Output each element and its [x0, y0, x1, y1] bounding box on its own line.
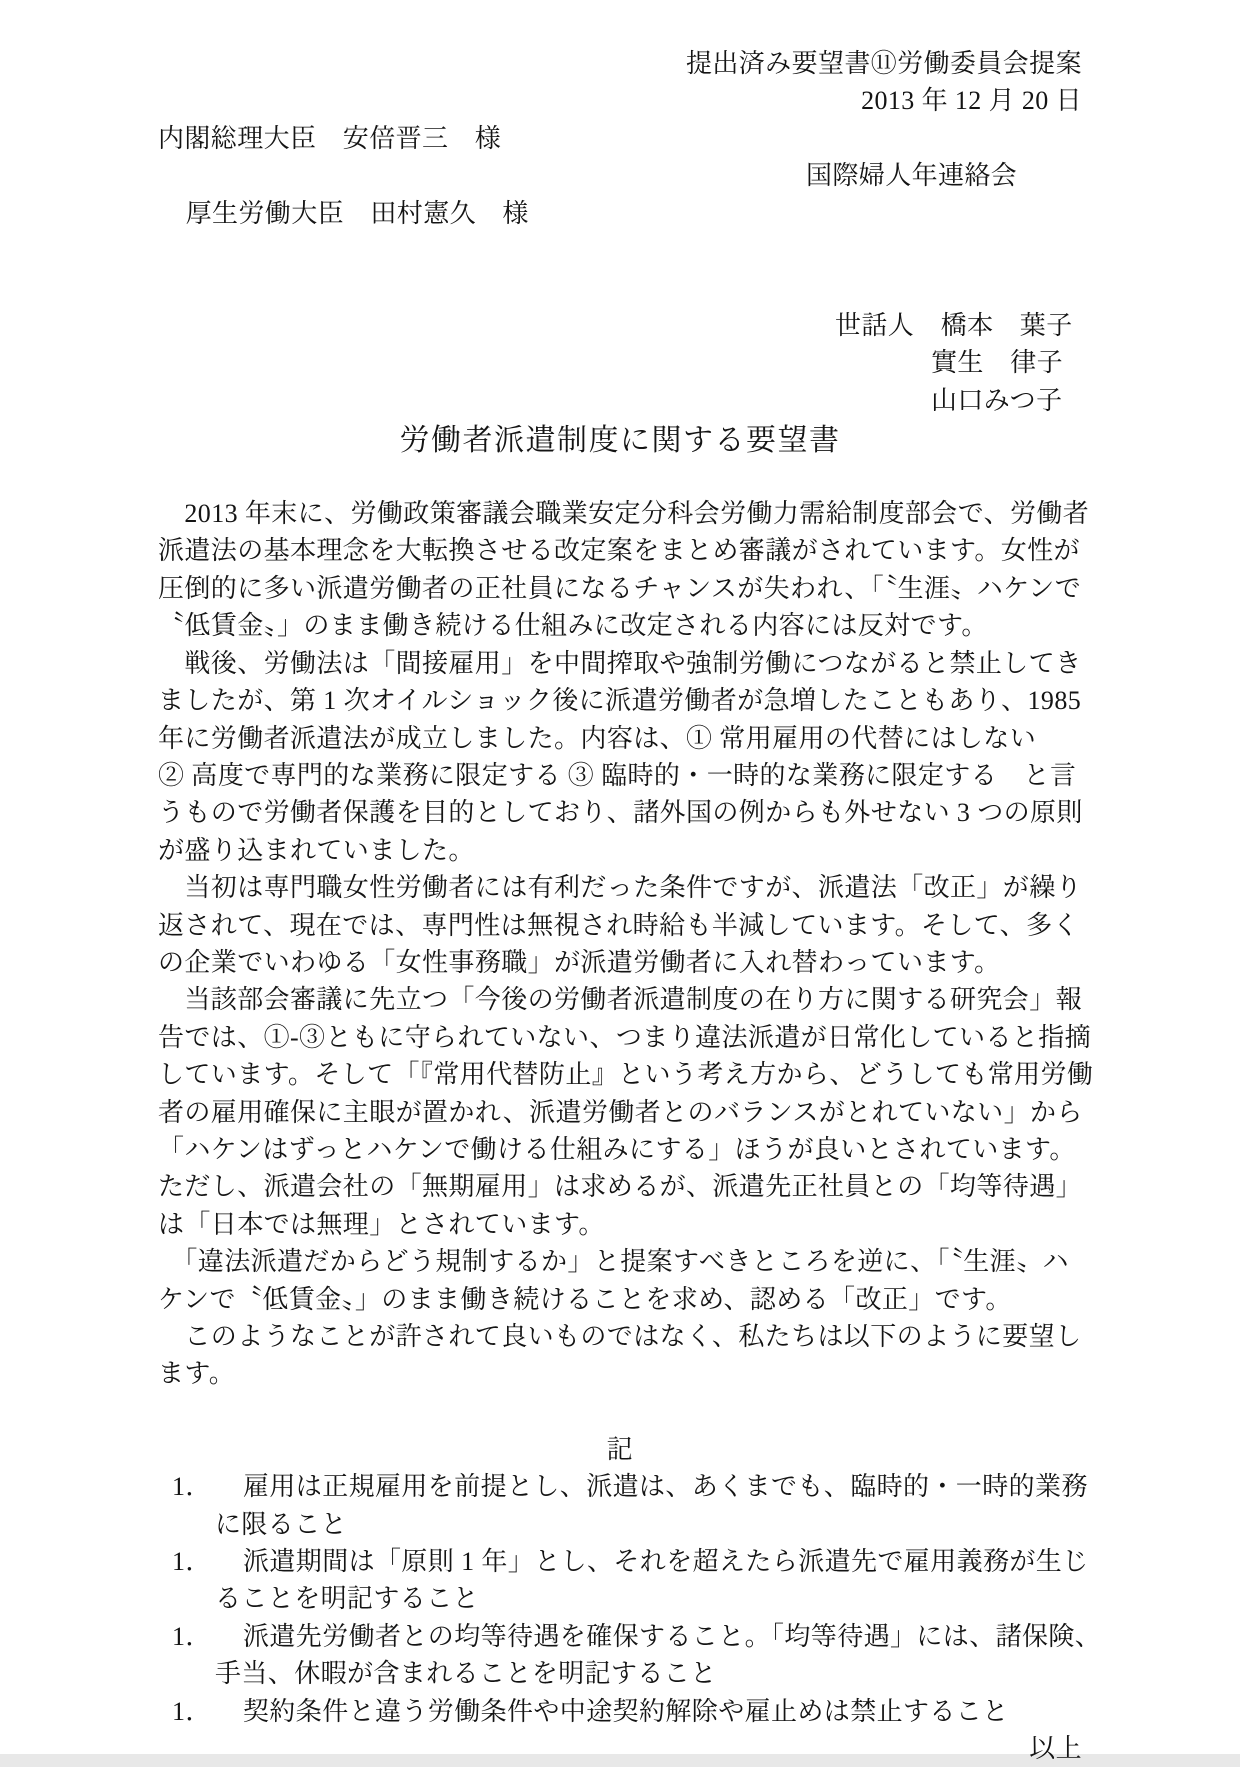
body-line: ケンで〝低賃金〟」のまま働き続けることを求め、認める「改正」です。	[158, 1281, 1082, 1318]
sender-name-3: 山口みつ子	[931, 382, 1082, 419]
body-line: ましたが、第 1 次オイルショック後に派遣労働者が急増したこともあり、1985	[158, 682, 1082, 719]
body-line: 者の雇用確保に主眼が置かれ、派遣労働者とのバランスがとれていない」から	[158, 1094, 1082, 1131]
closing-ijou: 以上	[158, 1730, 1082, 1767]
body-line: 「違法派遣だからどう規制するか」と提案すべきところを逆に、「〝生涯〟ハ	[158, 1243, 1082, 1280]
body-line: 〝低賃金〟」のまま働き続ける仕組みに改定される内容には反対です。	[158, 607, 1082, 644]
list-item: 1． 契約条件と違う労働条件や中途契約解除や雇止めは禁止すること	[158, 1693, 1082, 1730]
body-line: の企業でいわゆる「女性事務職」が派遣労働者に入れ替わっています。	[158, 944, 1082, 981]
body-line: は「日本では無理」とされています。	[158, 1206, 1082, 1243]
body-line: うもので労働者保護を目的としており、諸外国の例からも外せない 3 つの原則	[158, 794, 1082, 831]
addressee-health-labour-minister: 厚生労働大臣 田村憲久 様	[186, 199, 529, 228]
item-number: 1．	[158, 1618, 243, 1655]
request-list: 1． 雇用は正規雇用を前提とし、派遣は、あくまでも、臨時的・一時的業務 に限るこ…	[158, 1468, 1082, 1730]
body-line: 当初は専門職女性労働者には有利だった条件ですが、派遣法「改正」が繰り	[158, 869, 1082, 906]
body-line: 当該部会審議に先立つ「今後の労働者派遣制度の在り方に関する研究会」報	[158, 981, 1082, 1018]
list-item: 1． 雇用は正規雇用を前提とし、派遣は、あくまでも、臨時的・一時的業務 に限るこ…	[158, 1468, 1082, 1543]
header-note: 提出済み要望書⑪労働委員会提案	[158, 45, 1082, 82]
addressee-sender-row: 厚生労働大臣 田村憲久 様 国際婦人年連絡会	[158, 157, 1082, 307]
item-text-continued: ることを明記すること	[158, 1580, 1082, 1617]
body-line: 圧倒的に多い派遣労働者の正社員になるチャンスが失われ、「〝生涯〟ハケンで	[158, 570, 1082, 607]
body-line: このようなことが許されて良いものではなく、私たちは以下のように要望し	[158, 1318, 1082, 1355]
item-text: 雇用は正規雇用を前提とし、派遣は、あくまでも、臨時的・一時的業務	[243, 1468, 1088, 1505]
body-line: ただし、派遣会社の「無期雇用」は求めるが、派遣先正社員との「均等待遇」	[158, 1168, 1082, 1205]
item-text: 派遣期間は「原則 1 年」とし、それを超えたら派遣先で雇用義務が生じ	[243, 1543, 1089, 1580]
body-line: しています。そして「『常用代替防止』という考え方から、どうしても常用労働	[158, 1056, 1082, 1093]
ki-marker: 記	[158, 1431, 1082, 1468]
body-line: 告では、①-③ともに守られていない、つまり違法派遣が日常化していると指摘	[158, 1019, 1082, 1056]
body-line: 派遣法の基本理念を大転換させる改定案をまとめ審議がされています。女性が	[158, 532, 1082, 569]
document-title: 労働者派遣制度に関する要望書	[158, 419, 1082, 463]
document-page: 提出済み要望書⑪労働委員会提案 2013 年 12 月 20 日 内閣総理大臣 …	[0, 0, 1240, 1754]
list-item: 1． 派遣期間は「原則 1 年」とし、それを超えたら派遣先で雇用義務が生じ るこ…	[158, 1543, 1082, 1618]
document-body: 2013 年末に、労働政策審議会職業安定分科会労働力需給制度部会で、労働者 派遣…	[158, 495, 1082, 1393]
addressee-prime-minister: 内閣総理大臣 安倍晋三 様	[158, 120, 1082, 157]
date: 2013 年 12 月 20 日	[158, 82, 1082, 119]
body-line: 2013 年末に、労働政策審議会職業安定分科会労働力需給制度部会で、労働者	[158, 495, 1082, 532]
item-number: 1．	[158, 1543, 243, 1580]
body-line: ます。	[158, 1355, 1082, 1392]
item-text-continued: 手当、休暇が含まれることを明記すること	[158, 1655, 1082, 1692]
body-line: 「ハケンはずっとハケンで働ける仕組みにする」ほうが良いとされています。	[158, 1131, 1082, 1168]
body-line: 返されて、現在では、専門性は無視され時給も半減しています。そして、多く	[158, 907, 1082, 944]
item-text: 契約条件と違う労働条件や中途契約解除や雇止めは禁止すること	[243, 1693, 1009, 1730]
sender-name-2: 實生 律子	[931, 344, 1082, 381]
item-text: 派遣先労働者との均等待遇を確保すること。「均等待遇」には、諸保険、	[243, 1618, 1101, 1655]
body-line: ② 高度で専門的な業務に限定する ③ 臨時的・一時的な業務に限定する と言	[158, 757, 1082, 794]
body-line: が盛り込まれていました。	[158, 832, 1082, 869]
item-text-continued: に限ること	[158, 1506, 1082, 1543]
item-number: 1．	[158, 1468, 243, 1505]
item-number: 1．	[158, 1693, 243, 1730]
sender-caretaker-name-1: 世話人 橋本 葉子	[835, 307, 1082, 344]
body-line: 戦後、労働法は「間接雇用」を中間搾取や強制労働につながると禁止してき	[158, 645, 1082, 682]
sender-organization: 国際婦人年連絡会	[806, 157, 1017, 194]
list-item: 1． 派遣先労働者との均等待遇を確保すること。「均等待遇」には、諸保険、 手当、…	[158, 1618, 1082, 1693]
body-line: 年に労働者派遣法が成立しました。内容は、① 常用雇用の代替にはしない	[158, 720, 1082, 757]
